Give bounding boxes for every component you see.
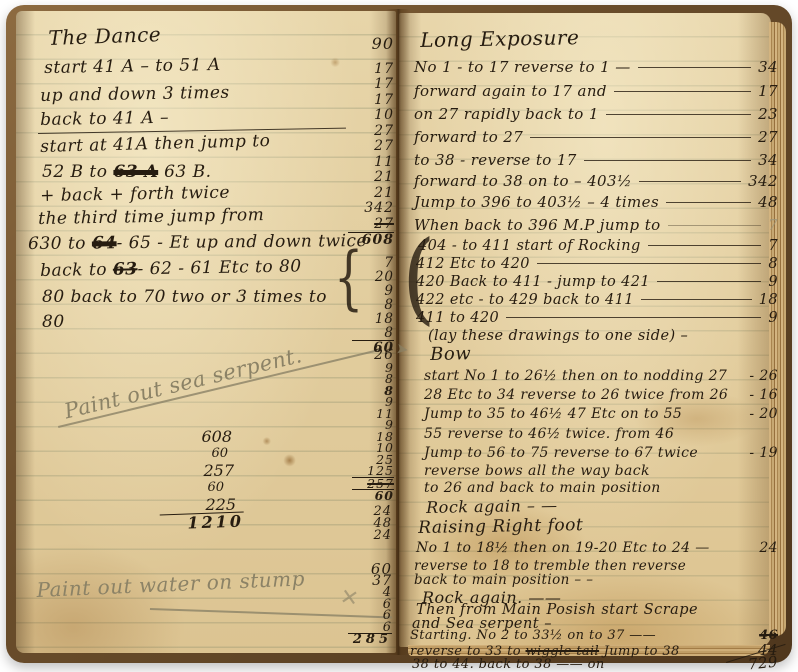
- exposure-row: forward to 2727: [414, 128, 778, 146]
- struck-text: 64: [92, 233, 117, 253]
- line-pre: 630 to: [28, 233, 92, 254]
- line-post: - 62 - 61 Etc to 80: [137, 256, 301, 279]
- row-text: 422 etc - to 429 back to 411: [416, 292, 634, 308]
- row-text: reverse bows all the way back: [424, 463, 650, 479]
- bow-row: reverse bows all the way back: [424, 463, 778, 479]
- pencil-arrow-mark-icon: ➤: [395, 339, 410, 359]
- margin-group-e: 60 37 4 6 6 6 285: [348, 564, 392, 646]
- margin-value: 20: [352, 270, 394, 284]
- exposure-row: 411 to 4209: [416, 310, 778, 326]
- left-page-title: The Dance: [48, 22, 162, 50]
- row-text: 404 - to 411 start of Rocking: [418, 238, 641, 254]
- row-value: 48: [758, 193, 778, 211]
- margin-group-c: 26 9 8 8 9 11 9 18 10 25 125 257 60: [352, 350, 394, 502]
- dance-line: the third time jump from: [38, 205, 264, 229]
- margin-value: 17: [348, 62, 394, 78]
- exposure-row: Jump to 396 to 403½ – 4 times48: [414, 193, 778, 211]
- dance-line: up and down 3 times: [40, 83, 230, 106]
- margin-value: 8: [352, 326, 394, 340]
- line-pre: back to: [40, 260, 113, 281]
- row-text: 412 Etc to 420: [416, 256, 530, 272]
- left-page-paper: [16, 11, 396, 653]
- margin-value: 17: [348, 93, 394, 109]
- leader-line: [530, 137, 751, 138]
- row-text: 420 Back to 411 - jump to 421: [416, 274, 650, 290]
- row-text: start No 1 to 26½ then on to nodding 27: [424, 368, 727, 384]
- row-value: 7: [768, 238, 778, 254]
- exposure-row: forward to 38 on to – 403½342: [414, 172, 778, 190]
- notebook-photo: The Dance start 41 A – to 51 A up and do…: [0, 0, 798, 672]
- right-page-title: Long Exposure: [420, 25, 580, 52]
- line-post: 63 B.: [158, 162, 211, 182]
- exposure-row: 422 etc - to 429 back to 41118: [416, 292, 778, 308]
- row-text: Jump to 396 to 403½ – 4 times: [414, 193, 659, 211]
- margin-total: 60: [352, 490, 394, 502]
- row-value: - 26: [749, 368, 778, 384]
- bow-row: Jump to 35 to 46½ 47 Etc on to 55- 20: [424, 406, 778, 422]
- leader-line: [648, 245, 762, 246]
- leader-line: [639, 181, 741, 182]
- margin-value: 10: [348, 108, 394, 124]
- row-text: forward to 27: [414, 128, 523, 146]
- row-value: 24: [759, 540, 778, 556]
- line-post: - 65 - Et up and down twice: [116, 231, 367, 253]
- row-text: on 27 rapidly back to 1: [414, 105, 599, 123]
- addend: 60: [160, 479, 224, 496]
- exposure-row: to 38 - reverse to 1734: [414, 151, 778, 169]
- dance-line: back to 41 A –: [40, 108, 169, 130]
- leader-line: [614, 91, 751, 92]
- exposure-row: on 27 rapidly back to 123: [414, 105, 778, 123]
- row-value: - 19: [749, 445, 778, 461]
- row-text: Jump to 35 to 46½ 47 Etc on to 55: [424, 406, 682, 422]
- dance-line: 80: [42, 312, 65, 332]
- row-value: 17: [758, 82, 778, 100]
- exposure-row: 420 Back to 411 - jump to 4219: [416, 274, 778, 290]
- margin-group-b: 7 20 9 8 18 8 60: [352, 256, 394, 355]
- margin-value: 18: [352, 312, 394, 326]
- margin-group-d: 24 48 24: [350, 506, 392, 542]
- margin-value-struck: 27: [348, 217, 394, 233]
- line-pre: 52 B to: [42, 162, 113, 182]
- row-text: to 26 and back to main position: [424, 480, 661, 496]
- row-value: - 16: [749, 387, 778, 403]
- row-value: 9: [768, 310, 778, 326]
- row-text: No 1 - to 17 reverse to 1 —: [414, 58, 631, 76]
- bow-row: Jump to 56 to 75 reverse to 67 twice- 19: [424, 445, 778, 461]
- row-value: 34: [758, 151, 778, 169]
- leader-line: [638, 67, 752, 68]
- bow-row: start No 1 to 26½ then on to nodding 27-…: [424, 368, 778, 384]
- row-text: back to main position – –: [414, 572, 593, 588]
- row-text: 411 to 420: [416, 310, 499, 326]
- addend: 608: [160, 428, 232, 445]
- bow-row: to 26 and back to main position: [424, 480, 778, 496]
- row-value: 34: [758, 58, 778, 76]
- row-value: 18: [759, 292, 778, 308]
- raising-section-title: Raising Right foot: [418, 515, 583, 538]
- row-value: 23: [758, 105, 778, 123]
- bow-row: 55 reverse to 46½ twice. from 46: [424, 426, 778, 442]
- rock-again-heading: Rock again – —: [426, 496, 558, 517]
- row-value: 342: [748, 172, 778, 190]
- exposure-row: forward again to 17 and17: [414, 82, 778, 100]
- row-text: When back to 396 M.P jump to: [414, 216, 661, 234]
- row-text: 28 Etc to 34 reverse to 26 twice from 26: [424, 387, 728, 403]
- dance-line: start 41 A – to 51 A: [44, 55, 221, 78]
- margin-value: 11: [348, 155, 394, 171]
- bow-section-title: Bow: [430, 343, 471, 365]
- leader-line: [666, 202, 751, 203]
- raising-row: back to main position – –: [414, 572, 776, 588]
- margin-group-a: 90 17 17 17 10 27 27 11 21 21 342 27 608: [348, 36, 394, 249]
- row-value: - 20: [749, 406, 778, 422]
- row-text: No 1 to 18½ then on 19-20 Etc to 24 —: [416, 540, 710, 556]
- leader-line: [641, 299, 752, 300]
- margin-total: 285: [348, 633, 392, 646]
- exposure-row: (lay these drawings to one side) –: [428, 328, 778, 344]
- leader-line: [657, 281, 761, 282]
- exposure-row: 404 - to 411 start of Rocking7: [418, 238, 778, 254]
- margin-value: 9: [352, 284, 394, 298]
- leader-line: [606, 114, 751, 115]
- struck-text: 63 A: [113, 162, 158, 182]
- row-text: 38 to 44. back to 38 —— on: [412, 657, 605, 672]
- exposure-row: When back to 396 M.P jump to7: [414, 216, 778, 234]
- margin-value: 7: [352, 256, 394, 270]
- row-text: Jump to 56 to 75 reverse to 67 twice: [424, 445, 698, 461]
- margin-value: 27: [348, 139, 394, 155]
- row-value: 8: [768, 256, 778, 272]
- dance-line: + back + forth twice: [40, 183, 230, 206]
- leader-line: [537, 263, 761, 264]
- leader-line: [668, 225, 761, 226]
- row-text: 55 reverse to 46½ twice. from 46: [424, 426, 674, 442]
- row-text: to 38 - reverse to 17: [414, 151, 577, 169]
- exposure-row: 412 Etc to 4208: [416, 256, 778, 272]
- dance-line: 80 back to 70 two or 3 times to: [42, 287, 327, 307]
- addend: 225: [160, 496, 236, 513]
- margin-value: 21: [348, 186, 394, 202]
- row-value: 27: [758, 128, 778, 146]
- addition-total: 1210: [160, 512, 245, 533]
- row-value: 9: [768, 274, 778, 290]
- row-value-pencil: 7: [768, 216, 778, 234]
- margin-value: 8: [352, 298, 394, 312]
- leader-line: [506, 317, 761, 318]
- row-text: forward to 38 on to – 403½: [414, 172, 632, 190]
- dance-line: 52 B to 63 A 63 B.: [42, 162, 212, 182]
- addition-block: 608 60 257 60 225 1210: [160, 428, 244, 531]
- bow-row: 28 Etc to 34 reverse to 26 twice from 26…: [424, 387, 778, 403]
- raising-row: No 1 to 18½ then on 19-20 Etc to 24 —24: [416, 540, 778, 556]
- finale-row: 38 to 44. back to 38 —— on729: [412, 654, 778, 672]
- margin-value: 342: [348, 201, 394, 217]
- row-value-total: 729: [747, 652, 779, 672]
- row-text: (lay these drawings to one side) –: [428, 328, 688, 344]
- dance-line: 630 to 64- 65 - Et up and down twice: [28, 231, 367, 254]
- margin-value: 24: [350, 530, 392, 542]
- row-text: forward again to 17 and: [414, 82, 607, 100]
- addend: 60: [160, 445, 228, 462]
- margin-value: 21: [348, 170, 394, 186]
- margin-value: 27: [348, 124, 394, 140]
- margin-value: 90: [348, 36, 394, 52]
- margin-value: 17: [348, 77, 394, 93]
- exposure-row: No 1 - to 17 reverse to 1 —34: [414, 58, 778, 76]
- struck-text: 63: [113, 259, 138, 279]
- leader-line: [584, 160, 751, 161]
- addend: 257: [160, 462, 234, 479]
